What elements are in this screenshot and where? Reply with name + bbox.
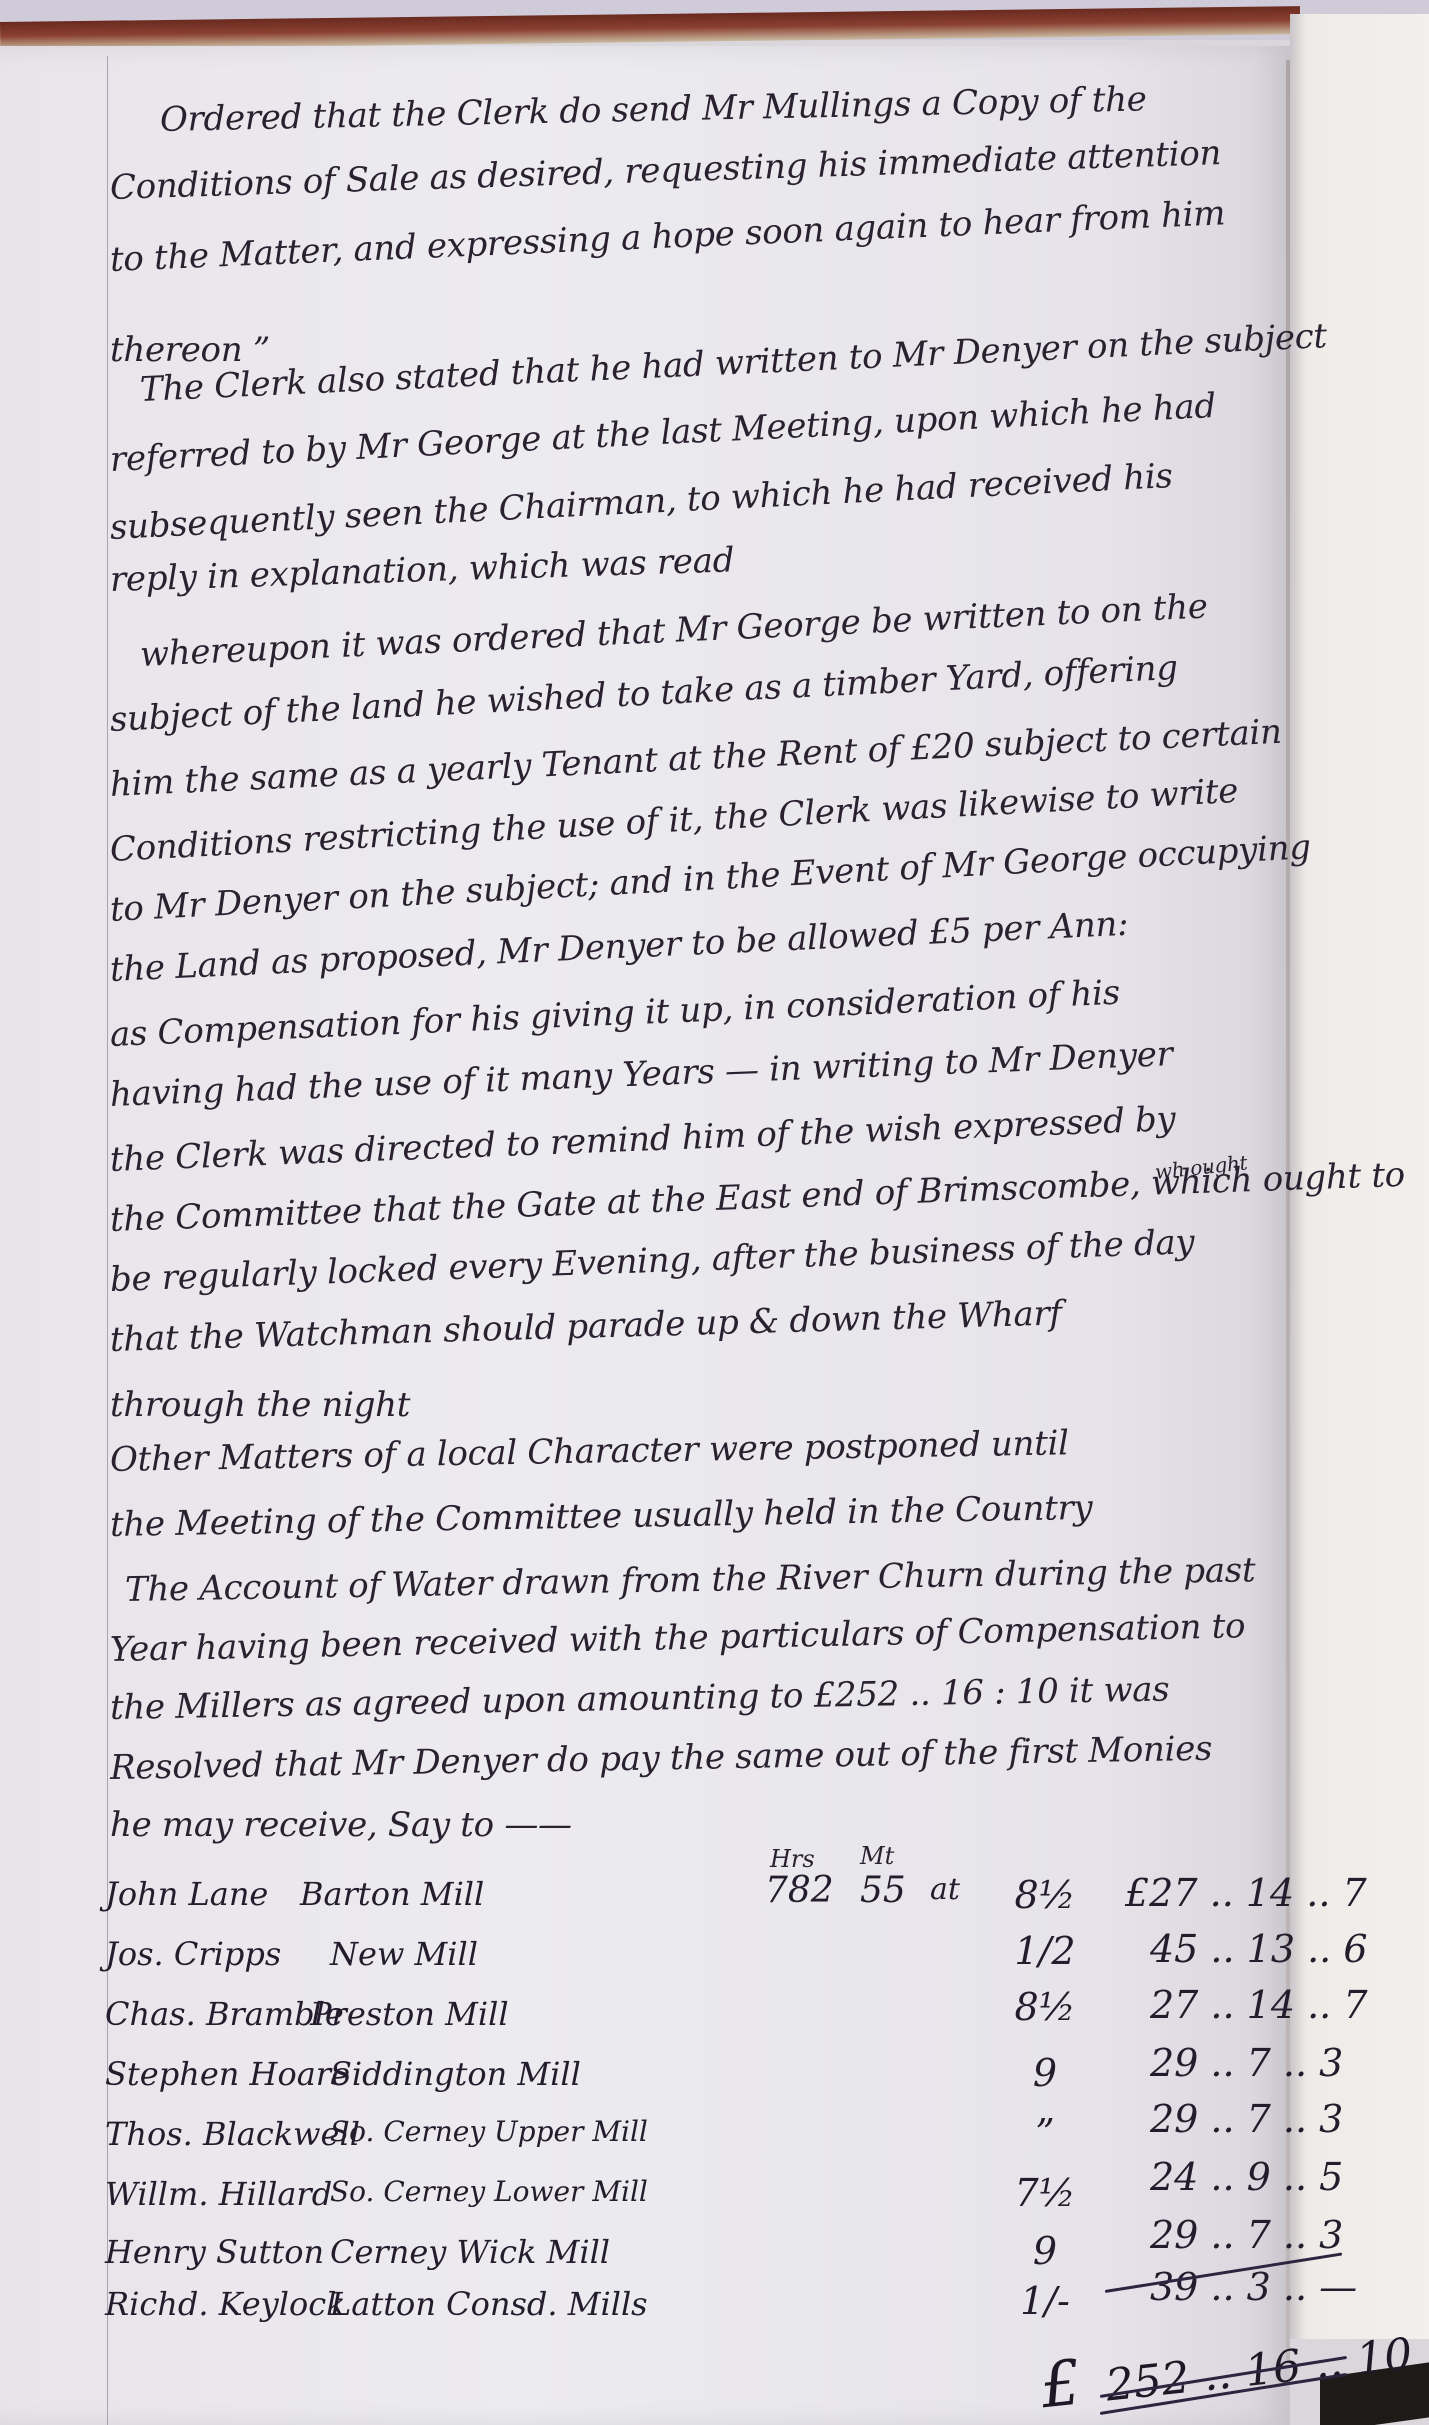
amount: 29 .. 7 .. 3 [1150, 2213, 1343, 2257]
text-line: through the night [110, 1385, 410, 1425]
rate: 8½ [1000, 1873, 1090, 1917]
ledger-row: Richd. Keylock Latton Consd. Mills 1/- 3… [0, 2285, 1220, 2345]
mill-name: Cerney Wick Mill [330, 2233, 610, 2271]
ledger-row: Stephen Hoare Siddington Mill 9 29 .. 7 … [0, 2055, 1220, 2115]
miller-name: Chas. Bramble [105, 1995, 344, 2033]
ledger-row: Willm. Hillard So. Cerney Lower Mill 7½ … [0, 2175, 1220, 2235]
miller-name: Thos. Blackwell [105, 2115, 360, 2153]
rate: ” [1000, 2111, 1090, 2155]
amount: 27 .. 14 .. 7 [1150, 1983, 1368, 2027]
rate: 8½ [1000, 1985, 1090, 2029]
mill-name: New Mill [330, 1935, 478, 1973]
rate: 9 [1000, 2229, 1090, 2273]
minutes-header: Mt [860, 1842, 894, 1870]
miller-name: Stephen Hoare [105, 2055, 350, 2093]
mill-name: So. Cerney Lower Mill [330, 2175, 648, 2208]
amount: 29 .. 7 .. 3 [1150, 2041, 1343, 2085]
hours-header: Hrs [770, 1845, 815, 1873]
amount: 39 .. 3 .. — [1150, 2265, 1357, 2309]
amount: 24 .. 9 .. 5 [1150, 2155, 1343, 2199]
mill-name: Siddington Mill [330, 2055, 581, 2093]
miller-name: Willm. Hillard [105, 2175, 332, 2213]
ledger-row: Thos. Blackwell So. Cerney Upper Mill ” … [0, 2115, 1220, 2175]
miller-name: Richd. Keylock [105, 2285, 346, 2323]
ledger-row: John Lane Barton Mill 8½ £27 .. 14 .. 7 [0, 1875, 1220, 1935]
amount: 29 .. 7 .. 3 [1150, 2097, 1343, 2141]
rate: 7½ [1000, 2171, 1090, 2215]
text-line: thereon ” [110, 330, 270, 370]
miller-name: Jos. Cripps [105, 1935, 281, 1973]
pound-sign: £ [1037, 2346, 1084, 2423]
text-line: he may receive, Say to —— [110, 1805, 572, 1845]
mill-name: So. Cerney Upper Mill [330, 2115, 648, 2148]
mill-name: Preston Mill [310, 1995, 509, 2033]
miller-name: Henry Sutton [105, 2233, 324, 2271]
mill-name: Latton Consd. Mills [330, 2285, 648, 2323]
rate: 1/- [1000, 2279, 1090, 2323]
miller-name: John Lane [105, 1875, 268, 1913]
amount: £27 .. 14 .. 7 [1125, 1871, 1367, 1915]
rate: 1/2 [1000, 1929, 1090, 1973]
ledger-row: Chas. Bramble Preston Mill 8½ 27 .. 14 .… [0, 1995, 1220, 2055]
rate: 9 [1000, 2051, 1090, 2095]
mill-name: Barton Mill [300, 1875, 484, 1913]
amount: 45 .. 13 .. 6 [1150, 1927, 1368, 1971]
